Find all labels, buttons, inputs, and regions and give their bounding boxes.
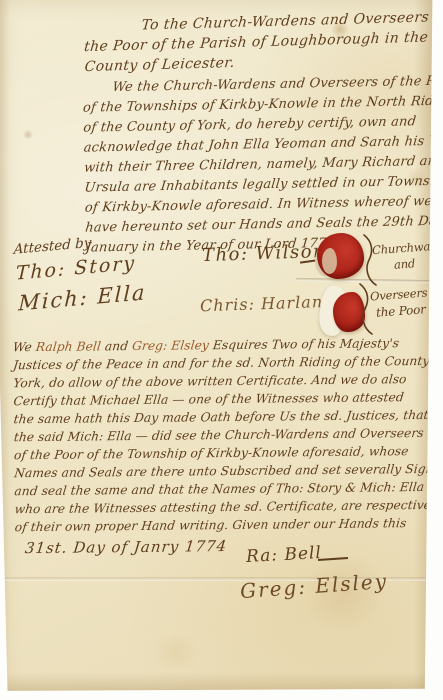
role-label: and bbox=[394, 256, 416, 271]
paper-sheet: To the Church-Wardens and Overseers of t… bbox=[0, 0, 443, 700]
justices-line: of their own proper Hand writing. Given … bbox=[14, 514, 443, 537]
paper-edge-left bbox=[0, 0, 10, 700]
justice-name: Ralph Bell bbox=[35, 339, 102, 354]
justices-line-text: We bbox=[12, 340, 36, 354]
witness-signature: Tho: Story bbox=[15, 251, 144, 284]
witness-signature: Mich: Ella bbox=[18, 280, 147, 315]
wax-seal-highlight bbox=[322, 248, 337, 274]
role-label: Overseers of bbox=[370, 285, 442, 304]
attestation-block: Attested by Tho: Story Mich: Ella bbox=[13, 231, 148, 316]
justices-line-text: and bbox=[100, 339, 133, 353]
justice-signature: Greg: Elsley bbox=[239, 569, 388, 603]
brace-icon bbox=[360, 234, 378, 286]
stain bbox=[148, 636, 204, 668]
address-block: To the Church-Wardens and Overseers of t… bbox=[83, 7, 443, 77]
scanned-document: To the Church-Wardens and Overseers of t… bbox=[0, 0, 443, 700]
overseer-signature: Chris: Harland bbox=[200, 292, 335, 316]
signature-flourish bbox=[318, 557, 348, 561]
justice-signature: Ra: Bell bbox=[246, 543, 323, 567]
paper-edge-bottom bbox=[0, 672, 443, 692]
date-line: 31st. Day of Janry 1774 bbox=[14, 535, 443, 558]
justice-name: Greg: Elsley bbox=[131, 338, 209, 353]
justices-allowance-block: We Ralph Bell and Greg: Elsley Esquires … bbox=[13, 334, 443, 558]
justices-line-text: Esquires Two of his Majesty's bbox=[208, 336, 400, 352]
stain bbox=[22, 130, 34, 139]
